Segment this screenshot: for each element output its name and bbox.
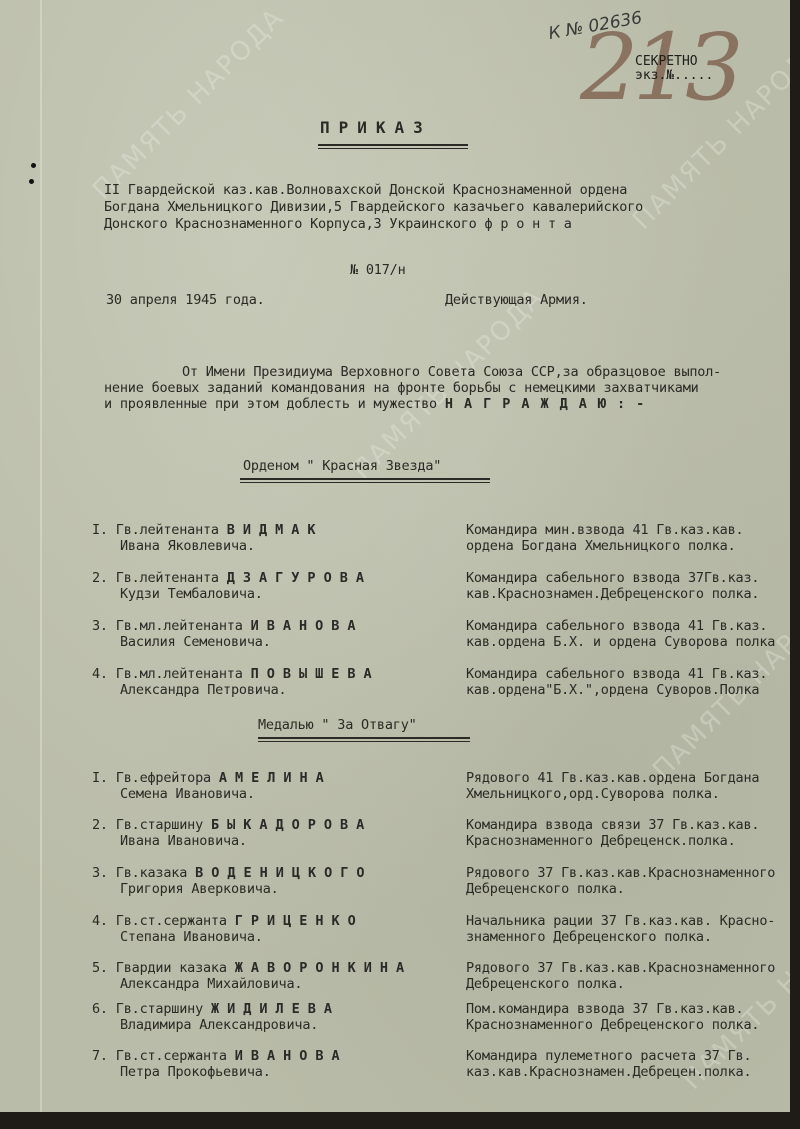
section-underline (240, 478, 490, 480)
awardee-surname: АМЕЛИНА (219, 770, 332, 786)
awardee-given-name: Степана Ивановича. (120, 929, 263, 945)
stamp-line-1: СЕКРЕТНО (635, 55, 713, 69)
awardee-surname: ДЗАГУРОВА (227, 570, 372, 586)
awardee-rank: Гв.ст.сержанта (116, 913, 227, 929)
awardee-number: 4. (92, 913, 108, 929)
section-underline (240, 482, 490, 483)
awardee-position-cont: кав.ордена Б.Х. и ордена Суворова полка (466, 634, 775, 650)
section-underline (258, 737, 470, 739)
awardee-position-cont: Краснознаменного Дебреценского полка. (466, 1017, 759, 1033)
awardee-given-name: Кудзи Тембаловича. (120, 586, 263, 602)
awardee-position: Командира сабельного взвода 41 Гв.каз. (466, 666, 767, 682)
awardee-number: 6. (92, 1001, 108, 1017)
awardee-position: Командира сабельного взвода 41 Гв.каз. (466, 618, 767, 634)
awardee-surname: ГРИЦЕНКО (235, 913, 364, 929)
awardee-given-name: Владимира Александровича. (120, 1017, 318, 1033)
awardee-position: Рядового 41 Гв.каз.кав.ордена Богдана (466, 770, 759, 786)
awardee-surname: ИВАНОВА (235, 1048, 348, 1064)
title-underline (318, 148, 468, 149)
awardee-position-cont: знаменного Дебреценского полка. (466, 929, 712, 945)
awardee-number: I. (92, 522, 108, 538)
order-location: Действующая Армия. (445, 292, 588, 308)
awardee-rank: Гв.мл.лейтенанта (116, 618, 243, 634)
order-date: 30 апреля 1945 года. (106, 292, 265, 308)
order-number: № 017/н (350, 262, 406, 278)
awardee-given-name: Александра Михайловича. (120, 976, 302, 992)
awardee-given-name: Василия Семеновича. (120, 634, 271, 650)
awardee-position-cont: Дебреценского полка. (466, 881, 625, 897)
awardee-position: Рядового 37 Гв.каз.кав.Краснознаменного (466, 960, 775, 976)
awardee-position: Командира пулеметного расчета 37 Гв. (466, 1048, 751, 1064)
title-underline (318, 144, 468, 146)
page-fold (40, 0, 42, 1112)
awardee-given-name: Григория Аверковича. (120, 881, 279, 897)
awardee-position-cont: кав.ордена"Б.Х.",ордена Суворов.Полка (466, 682, 759, 698)
awardee-rank: Гв.ефрейтора (116, 770, 211, 786)
secrecy-stamp: СЕКРЕТНО экз.№..... (635, 55, 713, 83)
awardee-position: Начальника рации 37 Гв.каз.кав. Красно- (466, 913, 775, 929)
awardee-position-cont: ордена Богдана Хмельницкого полка. (466, 538, 736, 554)
awardee-surname: ВИДМАК (227, 522, 324, 538)
awardee-given-name: Ивана Ивановича. (120, 833, 247, 849)
punch-hole (31, 163, 36, 168)
awardee-surname: ВОДЕНИЦКОГО (195, 865, 372, 881)
awardee-position-cont: кав.Краснознамен.Дебреценского полка. (466, 586, 759, 602)
awardee-number: 3. (92, 618, 108, 634)
awardee-given-name: Семена Ивановича. (120, 786, 255, 802)
awardee-position: Командира взвода связи 37 Гв.каз.кав. (466, 817, 759, 833)
awardee-rank: Гвардии казака (116, 960, 227, 976)
awardee-position: Командира мин.взвода 41 Гв.каз.кав. (466, 522, 743, 538)
awardee-rank: Гв.казака (116, 865, 187, 881)
awardee-surname: ЖИДИЛЕВА (211, 1001, 340, 1017)
awardee-number: 7. (92, 1048, 108, 1064)
awardee-position-cont: Дебреценского полка. (466, 976, 625, 992)
punch-hole (29, 179, 34, 184)
awardee-position: Пом.командира взвода 37 Гв.каз.кав. (466, 1001, 743, 1017)
awardee-surname: ЖАВОРОНКИНА (235, 960, 412, 976)
awardee-given-name: Петра Прокофьевича. (120, 1064, 271, 1080)
document-page: ПАМЯТЬ НАРОДА ПАМЯТЬ НАРОДА ПАМЯТЬ НАРОД… (0, 0, 790, 1112)
awardee-position: Командира сабельного взвода 37Гв.каз. (466, 570, 759, 586)
awardee-rank: Гв.ст.сержанта (116, 1048, 227, 1064)
awardee-rank: Гв.лейтенанта (116, 522, 219, 538)
awardee-rank: Гв.мл.лейтенанта (116, 666, 243, 682)
section-underline (258, 741, 470, 742)
awardee-position: Рядового 37 Гв.каз.кав.Краснознаменного (466, 865, 775, 881)
award-verb: НАГРАЖДАЮ:- (445, 396, 655, 412)
section-heading: Орденом " Красная Звезда" (243, 458, 441, 474)
awardee-number: 3. (92, 865, 108, 881)
scan-border (790, 0, 800, 1129)
awardee-surname: ПОВЫШЕВА (251, 666, 380, 682)
awardee-number: 2. (92, 570, 108, 586)
awardee-surname: ИВАНОВА (251, 618, 364, 634)
awardee-rank: Гв.лейтенанта (116, 570, 219, 586)
awardee-number: 5. (92, 960, 108, 976)
awardee-given-name: Александра Петровича. (120, 682, 286, 698)
awardee-surname: БЫКАДОРОВА (211, 817, 372, 833)
section-heading: Медалью " За Отвагу" (258, 717, 417, 733)
awardee-number: 2. (92, 817, 108, 833)
document-title: ПРИКАЗ (320, 118, 432, 137)
awardee-number: 4. (92, 666, 108, 682)
awardee-given-name: Ивана Яковлевича. (120, 538, 255, 554)
awardee-number: I. (92, 770, 108, 786)
stamp-line-2: экз.№..... (635, 69, 713, 83)
watermark: ПАМЯТЬ НАРОДА (88, 3, 290, 205)
awardee-rank: Гв.старшину (116, 817, 203, 833)
awardee-rank: Гв.старшину (116, 1001, 203, 1017)
awardee-position-cont: Хмельницкого,орд.Суворова полка. (466, 786, 720, 802)
awardee-position-cont: Краснознаменного Дебреценск.полка. (466, 833, 736, 849)
scan-border (0, 1112, 800, 1129)
awardee-position-cont: каз.кав.Краснознамен.Дебрецен.полка. (466, 1064, 751, 1080)
